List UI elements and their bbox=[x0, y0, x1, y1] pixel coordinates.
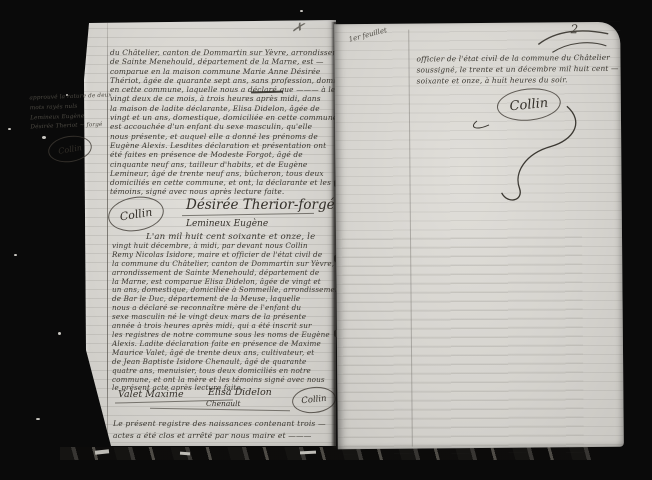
handwriting-line: soixante et onze, à huit heures du soir. bbox=[417, 74, 622, 87]
scan-noise-speck bbox=[36, 418, 40, 420]
collin-stamp-margin-label: Collin bbox=[58, 143, 83, 156]
handwriting-line: est accouchée d'un enfant du sexe mascul… bbox=[110, 122, 336, 131]
act2-signature-valet: Valet Maxime bbox=[118, 389, 184, 400]
collin-stamp-act2-label: Collin bbox=[301, 394, 327, 407]
handwriting-line: Thériot, âgée de quarante sept ans, sans… bbox=[110, 76, 336, 85]
handwriting-line: actes a été clos et arrêté par nous mair… bbox=[113, 430, 333, 442]
scan-noise-speck bbox=[58, 332, 61, 335]
torn-paper-fragment bbox=[180, 452, 190, 456]
handwriting-line: en cette commune, laquelle nous a déclar… bbox=[110, 85, 336, 94]
handwriting-line: la maison de ladite déclarante, Elisa Di… bbox=[110, 104, 336, 113]
page-number: 2 bbox=[571, 22, 579, 36]
margin-note: approuvé la rature de deuxmots rayés nul… bbox=[29, 92, 108, 134]
handwriting-line: Eugène Alexis. Lesdites déclaration et p… bbox=[110, 141, 336, 150]
right-page-margin-line bbox=[408, 30, 413, 446]
scan-noise-speck bbox=[14, 254, 17, 256]
handwriting-line: cinquante neuf ans, tailleur d'habits, e… bbox=[110, 160, 336, 169]
scan-noise-speck bbox=[42, 136, 46, 139]
act1-signature-primary: Désirée Therior-forgé bbox=[186, 197, 335, 213]
handwriting-line: nous présente, et auquel elle a donné le… bbox=[110, 132, 336, 141]
handwriting-line: Le présent registre des naissances conte… bbox=[113, 418, 333, 430]
left-page-margin-line bbox=[107, 20, 108, 446]
collin-signature-right-label: Collin bbox=[509, 95, 549, 114]
handwriting-line: Lemineur, âgé de trente neuf ans, bûcher… bbox=[110, 169, 336, 178]
handwriting-line: soussigné, le trente et un décembre mil … bbox=[417, 63, 622, 76]
scanned-register-spread: ✗ approuvé la rature de deuxmots rayés n… bbox=[0, 0, 652, 480]
act1-text: du Châtelier, canton de Dommartin sur Yè… bbox=[110, 48, 336, 197]
collin-stamp-act1-label: Collin bbox=[119, 205, 153, 223]
scan-noise-speck bbox=[8, 128, 11, 130]
handwriting-line: témoins, signé avec nous après lecture f… bbox=[110, 187, 336, 196]
collin-signature-right: Collin bbox=[495, 86, 562, 124]
scan-noise-speck bbox=[300, 10, 303, 12]
register-closing-text: Le présent registre des naissances conte… bbox=[113, 418, 333, 441]
handwriting-line: du Châtelier, canton de Dommartin sur Yè… bbox=[110, 48, 336, 57]
handwriting-line: vingt et un ans, domestique, domiciliée … bbox=[110, 113, 336, 122]
handwriting-line: de Sainte Menehould, département de la M… bbox=[110, 57, 336, 66]
folio-note: 1er feuillet bbox=[348, 26, 388, 44]
act2-text: L'an mil huit cent soixante et onze, lev… bbox=[112, 233, 336, 393]
torn-page-edge bbox=[60, 447, 600, 460]
handwriting-line: été faites en présence de Modeste Forgot… bbox=[110, 150, 336, 159]
handwriting-line: domiciliés en cette commune, et ont, la … bbox=[110, 178, 336, 187]
ink-bleed-through bbox=[342, 232, 584, 454]
handwriting-line: vingt deux de ce mois, à trois heures ap… bbox=[110, 94, 336, 103]
right-page-text: officier de l'état civil de la commune d… bbox=[416, 52, 621, 87]
right-page: 1er feuillet 2 officier de l'état civil … bbox=[334, 22, 624, 449]
act2-signature-chenault: Chenault bbox=[206, 399, 241, 408]
act1-signature-secondary: Lemineux Eugène bbox=[186, 219, 268, 229]
act2-signature-didelon: Elisa Didelon bbox=[208, 387, 272, 398]
handwriting-line: comparue en la maison commune Marie Anne… bbox=[110, 67, 336, 76]
